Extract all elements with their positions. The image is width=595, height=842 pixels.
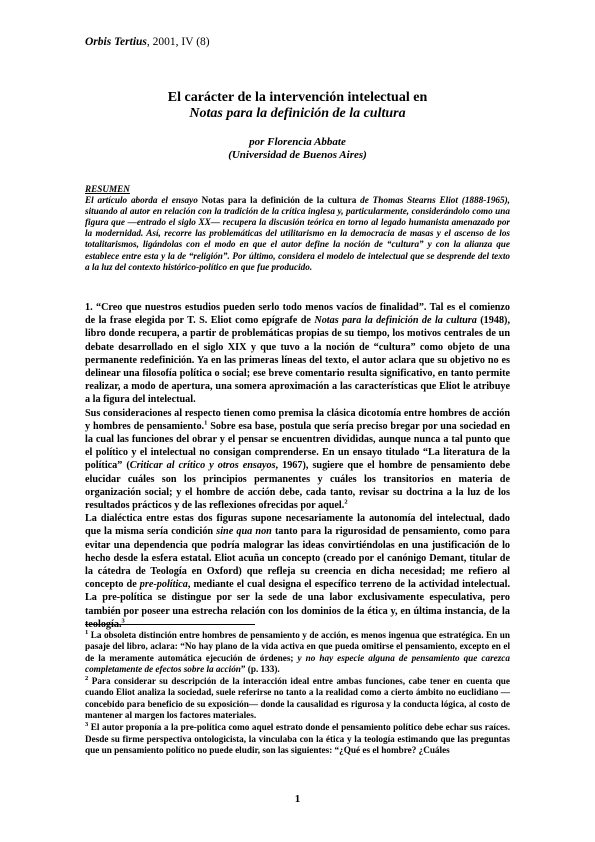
abstract-text-2: de Thomas Stearns Eliot (1888-1965), sit…	[85, 195, 510, 272]
author-byline: por Florencia Abbate	[0, 136, 595, 149]
journal-name: Orbis Tertius	[85, 36, 147, 48]
footnotes: 1 La obsoleta distinción entre hombres d…	[85, 630, 510, 757]
page-number: 1	[0, 793, 595, 805]
article-title: El carácter de la intervención intelectu…	[0, 90, 595, 122]
paragraph-1: 1. “Creo que nuestros estudios pueden se…	[85, 301, 510, 407]
journal-issue: , 2001, IV (8)	[147, 36, 210, 48]
body-text: 1. “Creo que nuestros estudios pueden se…	[85, 301, 510, 631]
latin-term: sine qua non	[216, 526, 272, 537]
text-run: ” (p. 133).	[241, 664, 280, 674]
footnote-separator	[85, 624, 255, 625]
text-run: (1948), libro donde recupera, a partir d…	[85, 315, 510, 405]
work-title: Criticar al crítico y otros ensayos	[130, 460, 276, 471]
title-line-1: El carácter de la intervención intelectu…	[0, 90, 595, 106]
paragraph-2: Sus consideraciones al respecto tienen c…	[85, 407, 510, 513]
author-affiliation: (Universidad de Buenos Aires)	[0, 149, 595, 162]
footnote-ref-2[interactable]: 2	[344, 499, 347, 506]
abstract-heading: RESUMEN	[85, 184, 510, 195]
footnote-1: 1 La obsoleta distinción entre hombres d…	[85, 630, 510, 675]
author-block: por Florencia Abbate (Universidad de Bue…	[0, 136, 595, 162]
paragraph-3: La dialéctica entre estas dos figuras su…	[85, 512, 510, 631]
document-page: Orbis Tertius, 2001, IV (8) El carácter …	[0, 0, 595, 842]
title-line-2: Notas para la definición de la cultura	[0, 106, 595, 122]
footnote-2: 2 Para considerar su descripción de la i…	[85, 676, 510, 721]
text-run: El autor proponía a la pre-política como…	[85, 722, 510, 755]
footnote-3: 3 El autor proponía a la pre-política co…	[85, 722, 510, 756]
text-run: Para considerar su descripción de la int…	[85, 676, 510, 720]
journal-header: Orbis Tertius, 2001, IV (8)	[85, 36, 210, 48]
abstract-text-1: El artículo aborda el ensayo	[85, 195, 202, 205]
term: pre-política	[140, 579, 188, 590]
abstract-work-title: Notas para la definición de la cultura	[202, 195, 357, 205]
abstract: RESUMEN El artículo aborda el ensayo Not…	[85, 184, 510, 273]
work-title: Notas para la definición de la cultura	[314, 315, 477, 326]
